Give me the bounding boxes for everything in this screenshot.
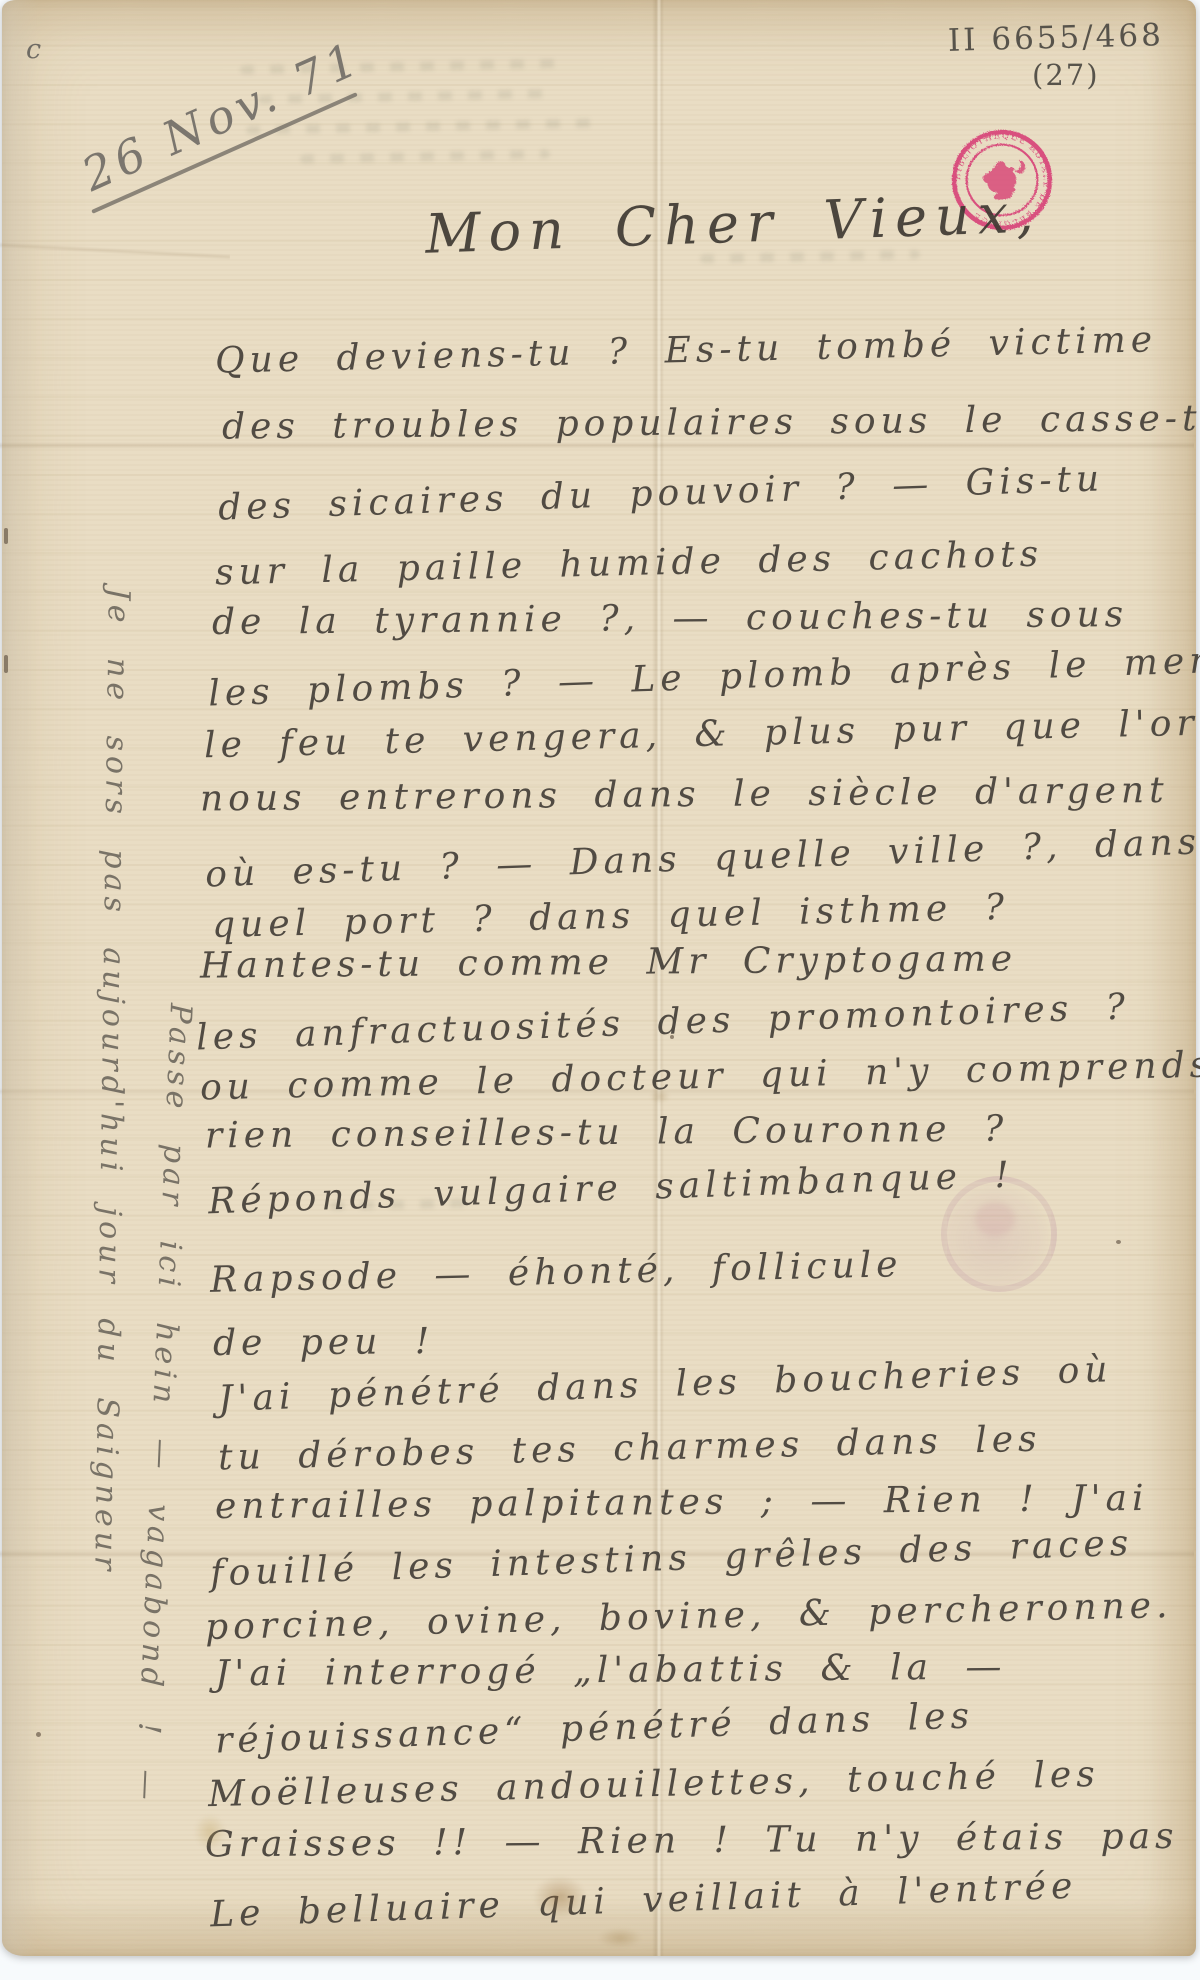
- handwritten-line: des troubles populaires sous le casse-tê…: [222, 397, 1200, 447]
- archive-reference-item-number: (27): [1032, 58, 1100, 92]
- ink-speck: [36, 1732, 41, 1737]
- handwritten-line: entrailles palpitantes ; — Rien ! J'ai: [215, 1478, 1149, 1527]
- archive-reference: II 6655/468: [948, 17, 1165, 59]
- paper-stain: [533, 1876, 587, 1918]
- edge-mark: [4, 655, 8, 673]
- ink-speck: [214, 1580, 217, 1583]
- edge-mark: [4, 528, 8, 544]
- handwritten-line: Hantes-tu comme Mr Cryptogame: [200, 938, 1017, 986]
- paper-stain: [598, 1928, 642, 1948]
- ink-speck: [670, 1035, 674, 1039]
- handwritten-line: de la tyrannie ?, — couches-tu sous: [212, 594, 1128, 643]
- paper-stain: [194, 1814, 226, 1850]
- handwritten-line: rien conseilles-tu la Couronne ?: [205, 1108, 1008, 1156]
- handwritten-line: de peu !: [213, 1321, 435, 1364]
- handwritten-line: J'ai interrogé „l'abattis & la —: [215, 1647, 1007, 1695]
- stamp-blotch: [975, 1202, 1015, 1236]
- paper-stain: [650, 1090, 670, 1103]
- corner-mark: c: [26, 34, 41, 65]
- handwritten-line: Graisses !! — Rien ! Tu n'y étais pas !: [205, 1816, 1200, 1866]
- scanned-letter-page: c 26 Nov. 71 II 6655/468 (27) BIBLIOTHEQ…: [0, 0, 1200, 1980]
- ink-speck: [1116, 1240, 1121, 1244]
- handwritten-line: nous entrerons dans le siècle d'argent !: [200, 770, 1200, 820]
